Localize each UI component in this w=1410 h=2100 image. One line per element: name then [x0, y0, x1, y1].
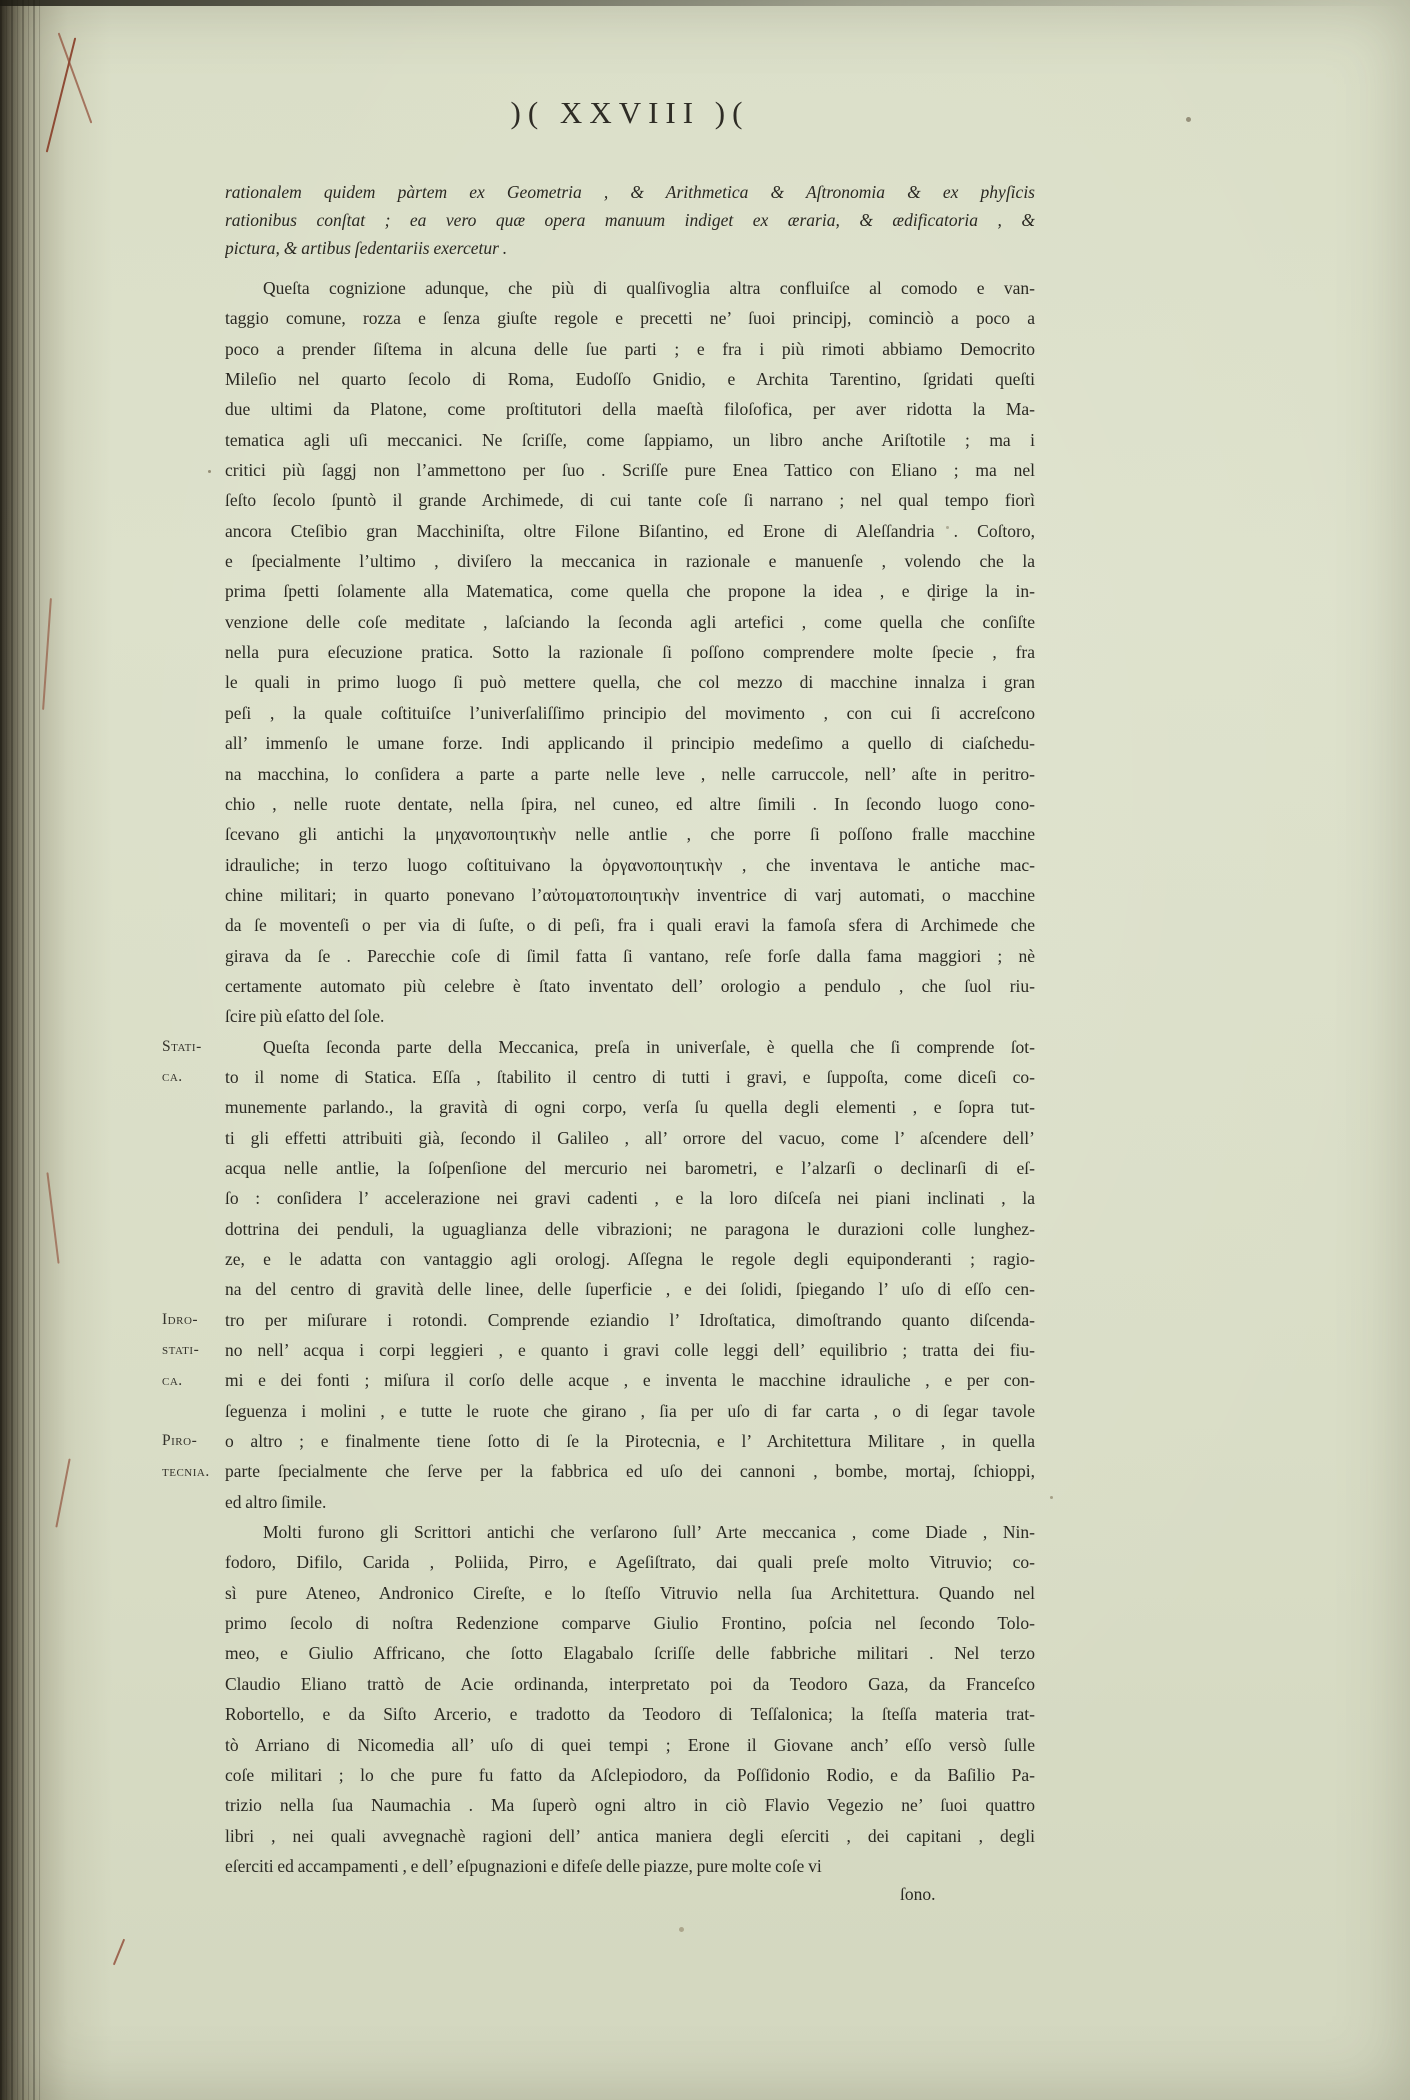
body-line: Claudio Eliano trattò de Acie ordinanda,… [225, 1669, 1035, 1699]
body-line: sì pure Ateneo, Andronico Cireſte, e lo … [225, 1578, 1035, 1608]
body-line: fodoro, Difilo, Carida , Poliida, Pirro,… [225, 1547, 1035, 1577]
body-line: na macchina, lo conſidera a parte a part… [225, 759, 1035, 789]
body-line: ze, e le adatta con vantaggio agli orolo… [225, 1244, 1035, 1274]
margin-note: ca. [162, 1366, 232, 1396]
margin-note: Idro- [162, 1305, 232, 1335]
body-line: poco a prender ſiſtema in alcuna delle ſ… [225, 334, 1035, 364]
body-line: dottrina dei penduli, la uguaglianza del… [225, 1214, 1035, 1244]
body-line: da ſe moventeſi o per via di ſuſte, o di… [225, 910, 1035, 940]
body-line: ſcire più eſatto del ſole. [225, 1001, 1035, 1031]
body-line: peſi , la quale coſtituiſce l’univerſali… [225, 698, 1035, 728]
body-line: critici più ſaggj non l’ammettono per ſu… [225, 455, 1035, 485]
body-line: girava da ſe . Parecchie coſe di ſimil f… [225, 941, 1035, 971]
body-line: chio , nelle ruote dentate, nella ſpira,… [225, 789, 1035, 819]
page-top-edge-shadow [0, 0, 1410, 6]
body-line: certamente automato più celebre è ſtato … [225, 971, 1035, 1001]
catchword: ſono. [900, 1884, 936, 1905]
body-line: Molti furono gli Scrittori antichi che v… [225, 1517, 1035, 1547]
body-line: taggio comune, rozza e ſenza giuſte rego… [225, 303, 1035, 333]
body-line: ti gli effetti attribuiti già, ſecondo i… [225, 1123, 1035, 1153]
body-line: idrauliche; in terzo luogo coſtituivano … [225, 850, 1035, 880]
body-line: coſe militari ; lo che pure fu fatto da … [225, 1760, 1035, 1790]
book-page-scan: )( XXVIII )( rationalem quidem pàrtem ex… [0, 0, 1410, 2100]
body-line: ſo : conſidera l’ accelerazione nei grav… [225, 1183, 1035, 1213]
epigraph-line: rationibus conſtat ; ea vero quæ opera m… [225, 206, 1035, 234]
body-line: no nell’ acqua i corpi leggieri , e quan… [225, 1335, 1035, 1365]
body-line: primo ſecolo di noſtra Redenzione compar… [225, 1608, 1035, 1638]
body-line: libri , nei quali avvegnachè ragioni del… [225, 1821, 1035, 1851]
body-line: e ſpecialmente l’ultimo , diviſero la me… [225, 546, 1035, 576]
body-line: venzione delle coſe meditate , laſciando… [225, 607, 1035, 637]
body-line: ſcevano gli antichi la μηχανοποιητικὴν n… [225, 819, 1035, 849]
body-line: acqua nelle antlie, la ſoſpenſione del m… [225, 1153, 1035, 1183]
epigraph-line: pictura, & artibus ſedentariis exercetur… [225, 234, 1035, 262]
binding-streaks [0, 0, 44, 2100]
margin-note: Stati- [162, 1032, 232, 1062]
body-line: ſeſto ſecolo ſpuntò il grande Archimede,… [225, 485, 1035, 515]
latin-epigraph: rationalem quidem pàrtem ex Geometria , … [225, 178, 1035, 262]
margin-note: tecnia. [162, 1457, 232, 1487]
body-line: Mileſio nel quarto ſecolo di Roma, Eudoſ… [225, 364, 1035, 394]
body-line: na del centro di gravità delle linee, de… [225, 1274, 1035, 1304]
body-line: ancora Cteſibio gran Macchiniſta, oltre … [225, 516, 1035, 546]
margin-note: ca. [162, 1062, 232, 1092]
body-text: Queſta cognizione adunque, che più di qu… [225, 273, 1035, 1881]
body-line: trizio nella ſua Naumachia . Ma ſuperò o… [225, 1790, 1035, 1820]
page-number-header: )( XXVIII )( [225, 95, 1035, 131]
body-line: Robortello, e da Siſto Arcerio, e tradot… [225, 1699, 1035, 1729]
body-line: mi e dei fonti ; miſura il corſo delle a… [225, 1365, 1035, 1395]
body-line: meo, e Giulio Affricano, che ſotto Elaga… [225, 1638, 1035, 1668]
body-line: ſeguenza i molini , e tutte le ruote che… [225, 1396, 1035, 1426]
body-line: chine militari; in quarto ponevano l’αὐτ… [225, 880, 1035, 910]
margin-note: stati- [162, 1335, 232, 1365]
body-line: le quali in primo luogo ſi può mettere q… [225, 667, 1035, 697]
body-line: Queſta cognizione adunque, che più di qu… [225, 273, 1035, 303]
body-line: to il nome di Statica. Eſſa , ſtabilito … [225, 1062, 1035, 1092]
epigraph-line: rationalem quidem pàrtem ex Geometria , … [225, 178, 1035, 206]
body-line: tò Arriano di Nicomedia all’ uſo di quei… [225, 1730, 1035, 1760]
body-line: tematica agli uſi meccanici. Ne ſcriſſe,… [225, 425, 1035, 455]
gutter-mark [113, 1939, 125, 1966]
body-line: parte ſpecialmente che ſerve per la fabb… [225, 1456, 1035, 1486]
body-line: o altro ; e finalmente tiene ſotto di ſe… [225, 1426, 1035, 1456]
margin-note: Piro- [162, 1426, 232, 1456]
body-line: Queſta ſeconda parte della Meccanica, pr… [225, 1032, 1035, 1062]
body-line: all’ immenſo le umane forze. Indi applic… [225, 728, 1035, 758]
body-line: due ultimi da Platone, come proſtitutori… [225, 394, 1035, 424]
body-line: tro per miſurare i rotondi. Comprende ez… [225, 1305, 1035, 1335]
body-line: munemente parlando., la gravità di ogni … [225, 1092, 1035, 1122]
body-line: ed altro ſimile. [225, 1487, 1035, 1517]
body-line: eſerciti ed accampamenti , e dell’ eſpug… [225, 1851, 1035, 1881]
body-line: prima ſpetti ſolamente alla Matematica, … [225, 576, 1035, 606]
body-line: nella pura eſecuzione pratica. Sotto la … [225, 637, 1035, 667]
